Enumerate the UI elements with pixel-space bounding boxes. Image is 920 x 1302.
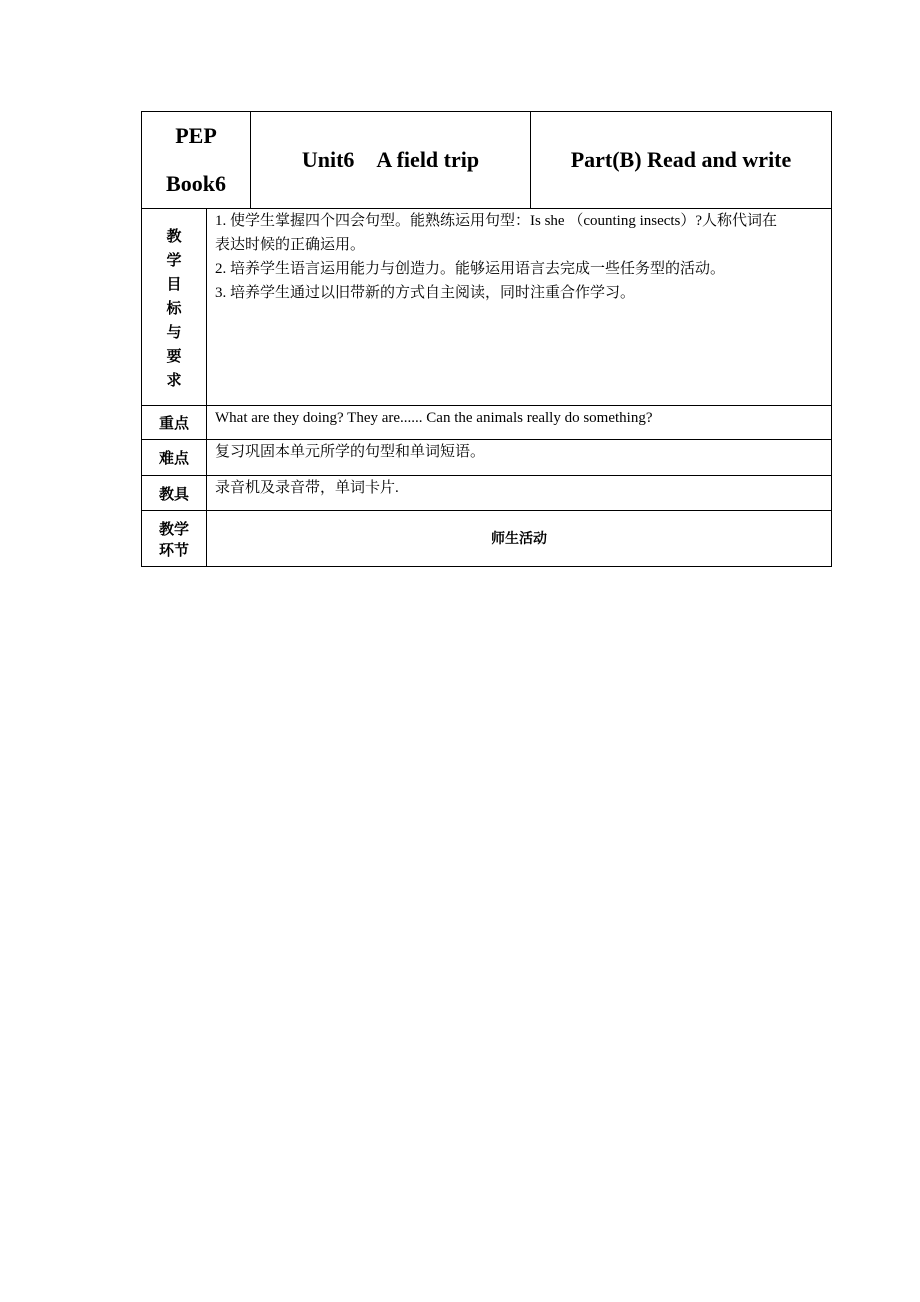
stage-content: 师生活动 <box>207 511 832 567</box>
goals-label-char: 标 <box>142 296 206 320</box>
goal-line: 3. 培养学生通过以旧带新的方式自主阅读，同时注重合作学习。 <box>215 281 831 305</box>
key-points-label: 重点 <box>142 406 207 440</box>
header-table: PEP Book6 Unit6 A field trip Part(B) Rea… <box>141 111 832 209</box>
teaching-aids-label: 教具 <box>142 476 207 511</box>
goal-line: 2. 培养学生语言运用能力与创造力。能够运用语言去完成一些任务型的活动。 <box>215 257 831 281</box>
difficulties-content: 复习巩固本单元所学的句型和单词短语。 <box>207 440 832 476</box>
teaching-aids-content: 录音机及录音带，单词卡片. <box>207 476 832 511</box>
header-row: PEP Book6 Unit6 A field trip Part(B) Rea… <box>142 112 832 209</box>
stage-label: 教学 环节 <box>142 511 207 567</box>
difficulties-label: 难点 <box>142 440 207 476</box>
goals-label-char: 与 <box>142 320 206 344</box>
stage-row: 教学 环节 师生活动 <box>142 511 832 567</box>
unit-title: Unit6 A field trip <box>251 112 531 209</box>
difficulties-row: 难点 复习巩固本单元所学的句型和单词短语。 <box>142 440 832 476</box>
book-cell: PEP Book6 <box>142 112 251 209</box>
book-line1: PEP <box>142 112 250 160</box>
stage-label-line: 教学 <box>142 518 206 539</box>
goals-row: 教 学 目 标 与 要 求 1. 使学生掌握四个四会句型。能熟练运用句型：Is … <box>142 209 832 406</box>
goals-content: 1. 使学生掌握四个四会句型。能熟练运用句型：Is she （counting … <box>207 209 832 406</box>
goal-line: 1. 使学生掌握四个四会句型。能熟练运用句型：Is she （counting … <box>215 209 831 233</box>
goals-label-char: 目 <box>142 272 206 296</box>
part-title: Part(B) Read and write <box>531 112 832 209</box>
goals-label-char: 学 <box>142 248 206 272</box>
lesson-plan-table: PEP Book6 Unit6 A field trip Part(B) Rea… <box>141 111 831 567</box>
goals-label-char: 要 <box>142 344 206 368</box>
goal-line: 表达时候的正确运用。 <box>215 233 831 257</box>
stage-label-line: 环节 <box>142 539 206 560</box>
key-points-row: 重点 What are they doing? They are...... C… <box>142 406 832 440</box>
teaching-aids-row: 教具 录音机及录音带，单词卡片. <box>142 476 832 511</box>
goals-label-char: 求 <box>142 368 206 392</box>
key-points-content: What are they doing? They are...... Can … <box>207 406 832 440</box>
goals-label-char: 教 <box>142 224 206 248</box>
goals-label: 教 学 目 标 与 要 求 <box>142 209 207 406</box>
book-line2: Book6 <box>142 160 250 208</box>
body-table: 教 学 目 标 与 要 求 1. 使学生掌握四个四会句型。能熟练运用句型：Is … <box>141 208 832 567</box>
